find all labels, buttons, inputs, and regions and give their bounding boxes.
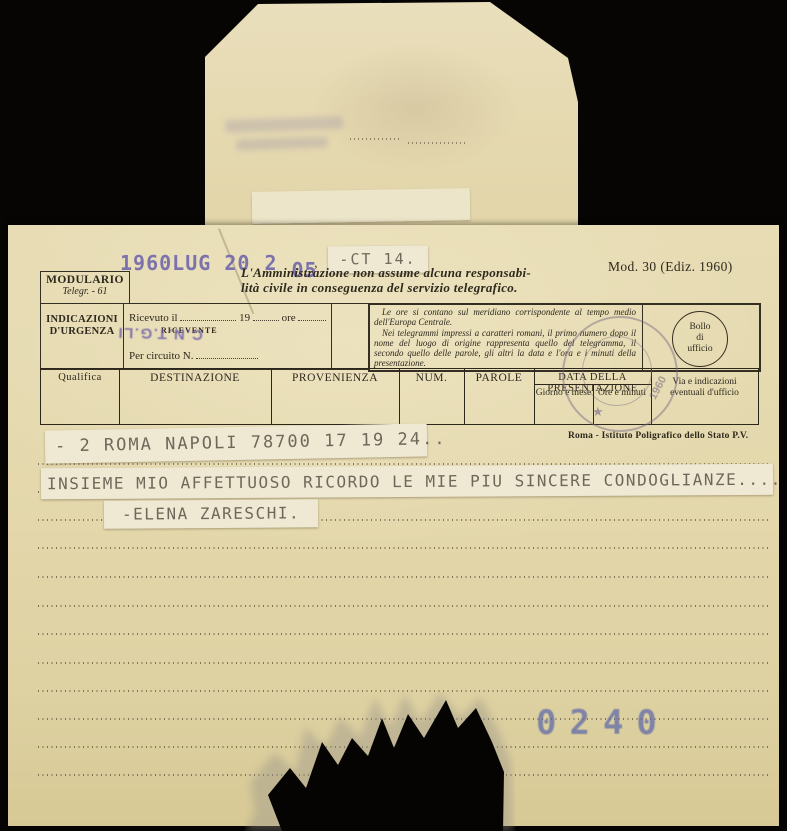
cell-divider	[331, 304, 332, 369]
notice-box: Le ore si contano sul meridiano corrispo…	[368, 303, 761, 372]
telegram-top-flap	[200, 2, 582, 226]
signature-strip: -ELENA ZARESCHI.	[104, 499, 318, 528]
modulario-number: Telegr. - 61	[41, 286, 129, 297]
reception-band: INDICAZIONI D'URGENZA Ricevuto il 19 ore…	[40, 303, 370, 370]
stamp-month: LUG	[172, 251, 211, 275]
dotted-blank	[196, 348, 258, 359]
col-provenienza: PROVENIENZA	[271, 372, 399, 384]
serial-number-stamp: 0240	[536, 703, 670, 743]
dotted-blank	[180, 310, 236, 321]
printer-impressum: Roma - Istituto Poligrafico dello Stato …	[568, 431, 748, 441]
ruled-line	[38, 633, 768, 635]
telegram-header-table: Qualifica DESTINAZIONE PROVENIENZA NUM. …	[40, 368, 759, 425]
modulario-box: MODULARIO Telegr. - 61	[40, 271, 130, 304]
col-via-indicazioni: Via e indicazioni eventuali d'ufficio	[651, 377, 758, 399]
paper-tear	[245, 692, 515, 831]
flap-fold-crease	[499, 4, 564, 54]
col-qualifica: Qualifica	[41, 372, 119, 383]
dotted-blank	[253, 310, 279, 321]
disclaimer-text: L'Amministrazione non assume alcuna resp…	[241, 265, 557, 295]
ricevuto-il-row: Ricevuto il 19 ore	[129, 310, 327, 324]
ruled-line	[38, 605, 768, 607]
per-circuito-row: Per circuito N.	[129, 348, 258, 362]
modulario-label: MODULARIO	[41, 274, 129, 286]
bollo-ufficio-circle: Bollo di ufficio	[672, 311, 728, 367]
time-notice-text: Le ore si contano sul meridiano corrispo…	[374, 307, 636, 369]
message-body-strip: INSIEME MIO AFFETTUOSO RICORDO LE MIE PI…	[41, 464, 773, 499]
flap-stain	[310, 42, 520, 172]
pasted-strip-back	[252, 188, 471, 224]
col-ore-minuti: Ore e minuti	[593, 388, 651, 398]
col-destinazione: DESTINAZIONE	[119, 372, 271, 384]
col-num: NUM.	[399, 372, 464, 384]
dotted-blank	[298, 310, 326, 321]
col-parole: PAROLE	[464, 372, 534, 384]
dotted-line-fragment	[350, 138, 400, 140]
telegram-scan: 1960LUG 20205 , -CT 14. MODULARIO Telegr…	[0, 0, 787, 831]
office-code-stamp: C.N.T.G.LI	[117, 324, 203, 343]
ink-bleedthrough	[236, 136, 328, 150]
ruled-line	[38, 662, 768, 664]
dotted-line-fragment	[408, 142, 466, 144]
indicazioni-urgenza-label: INDICAZIONI D'URGENZA	[41, 314, 123, 338]
col-giorno-mese: Giorno e mese	[534, 388, 593, 398]
form-edition-label: Mod. 30 (Ediz. 1960)	[608, 259, 733, 275]
bollo-cell: Bollo di ufficio	[642, 305, 759, 370]
ruled-line	[38, 547, 768, 549]
routing-strip: - 2 ROMA NAPOLI 78700 17 19 24..	[45, 423, 428, 463]
ruled-line	[38, 576, 768, 578]
